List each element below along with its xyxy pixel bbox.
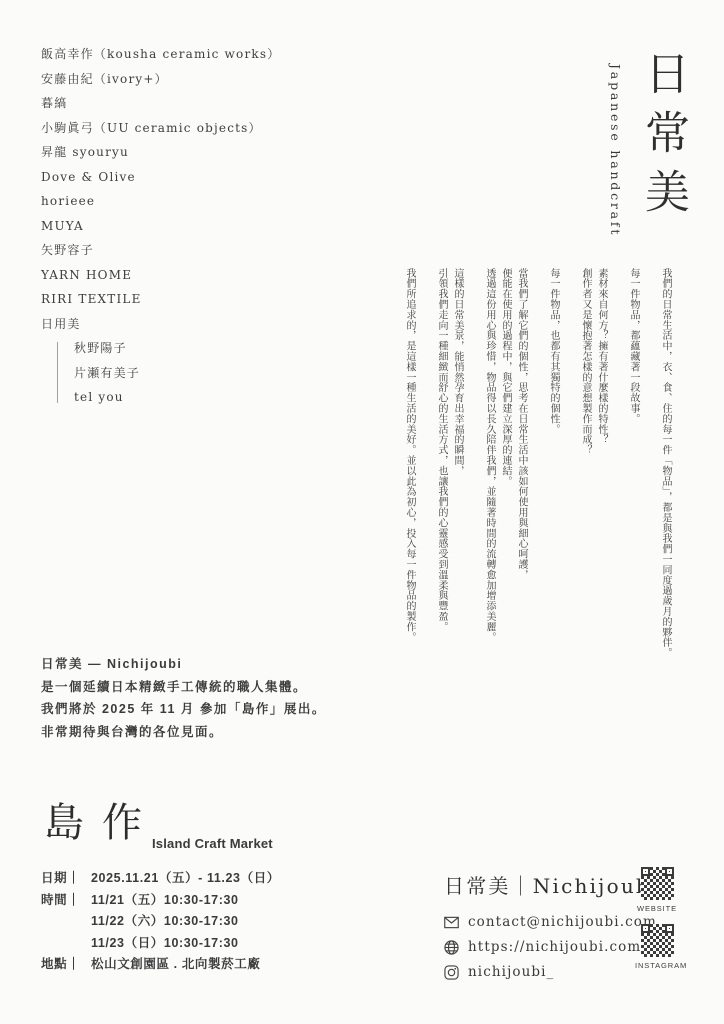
schedule-label: 時間｜ [41, 894, 91, 907]
contact-website-row: https://nichijoubi.com [444, 939, 660, 955]
contact-instagram-row: nichijoubi_ [444, 964, 660, 980]
exhibitor-sub-name: 片瀬有美子 [74, 367, 280, 379]
essay-column: 這樣的日常美景，能悄然孕育出幸福的瞬間， [449, 268, 465, 674]
island-craft-market-logo: 島作 [44, 800, 160, 846]
envelope-icon [444, 915, 459, 930]
exhibitor-list: 飯高幸作（kousha ceramic works） 安藤由紀（ivory+） … [41, 48, 280, 403]
intro-line: 我們將於 2025 年 11 月 參加「島作」展出。 [41, 703, 326, 716]
qr-label: INSTAGRAM [635, 961, 679, 970]
exhibitor-name: 昇龍 syouryu [41, 146, 280, 158]
essay-column: 我們所追求的，是這樣一種生活的美好。並以此為初心，投入每一件物品的製作。 [401, 268, 417, 674]
contact-website: https://nichijoubi.com [468, 939, 641, 955]
schedule-row: 日期｜ 2025.11.21（五）- 11.23（日） [41, 872, 280, 885]
island-craft-market-label: Island Craft Market [152, 836, 273, 851]
intro-line: 是一個延續日本精緻手工傳統的職人集體。 [41, 681, 326, 694]
contact-heading: 日常美｜Nichijoubi [444, 870, 660, 899]
exhibitor-name: horieee [41, 195, 280, 207]
exhibitor-sub-name: tel you [74, 391, 280, 403]
qr-block: WEBSITE [635, 867, 679, 913]
schedule-row: 11/22（六）10:30-17:30 [41, 915, 280, 928]
schedule-value: 11/22（六）10:30-17:30 [91, 915, 239, 928]
essay-column: 每一件物品，都蘊藏著一段故事。 [625, 268, 641, 674]
globe-icon [444, 940, 459, 955]
intro-line: 日常美 — Nichijoubi [41, 658, 326, 671]
exhibitor-name: 日用美 [41, 318, 280, 330]
schedule-label: 地點｜ [41, 958, 91, 971]
essay-column: 創作者又是懷抱著怎樣的意想製作而成？ [577, 268, 593, 674]
schedule-row: 11/23（日）10:30-17:30 [41, 937, 280, 950]
qr-label: WEBSITE [635, 904, 679, 913]
essay-column: 素材來自何方？擁有著什麼樣的特性？ [593, 268, 609, 674]
intro-line: 非常期待與台灣的各位見面。 [41, 726, 326, 739]
essay-column: 便能在使用的過程中，與它們建立深厚的連結。 [497, 268, 513, 674]
exhibitor-name: MUYA [41, 220, 280, 232]
essay: 我們的日常生活中，衣、食、住的每一件「物品」，都是與我們一同度過歲月的夥伴。 每… [401, 268, 673, 674]
instagram-icon [444, 965, 459, 980]
intro-paragraph: 日常美 — Nichijoubi 是一個延續日本精緻手工傳統的職人集體。 我們將… [41, 658, 326, 748]
exhibitor-sub-name: 秋野陽子 [74, 342, 280, 354]
essay-column: 透過這份用心與珍惜，物品得以長久陪伴我們，並隨著時間的流轉愈加增添美麗。 [481, 268, 497, 674]
exhibitor-main-list: 飯高幸作（kousha ceramic works） 安藤由紀（ivory+） … [41, 48, 280, 330]
essay-column: 當我們了解它們的個性，思考在日常生活中該如何使用與細心呵護， [513, 268, 529, 674]
contact-email: contact@nichijoubi.com [468, 914, 657, 930]
schedule-value: 2025.11.21（五）- 11.23（日） [91, 872, 280, 885]
brand-title-english: Japanese handcraft [608, 64, 623, 237]
exhibitor-name: Dove & Olive [41, 171, 280, 183]
schedule-value: 11/21（五）10:30-17:30 [91, 894, 239, 907]
exhibitor-name: 暮縞 [41, 97, 280, 109]
exhibitor-name: YARN HOME [41, 269, 280, 281]
contact-block: 日常美｜Nichijoubi contact@nichijoubi.com ht… [444, 870, 660, 989]
schedule-row: 地點｜ 松山文創園區 . 北向製菸工廠 [41, 958, 280, 971]
contact-email-row: contact@nichijoubi.com [444, 914, 660, 930]
essay-column: 每一件物品，也都有其獨特的個性。 [545, 268, 561, 674]
qr-code [641, 867, 674, 900]
schedule-label: 日期｜ [41, 872, 91, 885]
schedule-row: 時間｜ 11/21（五）10:30-17:30 [41, 894, 280, 907]
qr-column: WEBSITE INSTAGRAM [635, 867, 679, 981]
essay-column: 我們的日常生活中，衣、食、住的每一件「物品」，都是與我們一同度過歲月的夥伴。 [657, 268, 673, 674]
schedule-value: 松山文創園區 . 北向製菸工廠 [91, 958, 260, 971]
qr-block: INSTAGRAM [635, 924, 679, 970]
exhibitor-name: 飯高幸作（kousha ceramic works） [41, 48, 280, 60]
schedule-label [41, 915, 91, 928]
schedule-label [41, 937, 91, 950]
schedule-value: 11/23（日）10:30-17:30 [91, 937, 239, 950]
exhibitor-name: RIRI TEXTILE [41, 293, 280, 305]
exhibitor-name: 矢野容子 [41, 244, 280, 256]
exhibitor-sub-list: 秋野陽子 片瀬有美子 tel you [57, 342, 280, 403]
contact-instagram: nichijoubi_ [468, 964, 554, 980]
qr-code [641, 924, 674, 957]
exhibitor-name: 安藤由紀（ivory+） [41, 73, 280, 85]
brand-title-japanese: 日常美 [636, 50, 690, 227]
exhibitor-name: 小駒眞弓（UU ceramic objects） [41, 122, 280, 134]
essay-column: 引領我們走向一種細緻而舒心的生活方式，也讓我們的心靈感受到溫柔與豐盈。 [433, 268, 449, 674]
event-schedule: 日期｜ 2025.11.21（五）- 11.23（日） 時間｜ 11/21（五）… [41, 872, 280, 980]
